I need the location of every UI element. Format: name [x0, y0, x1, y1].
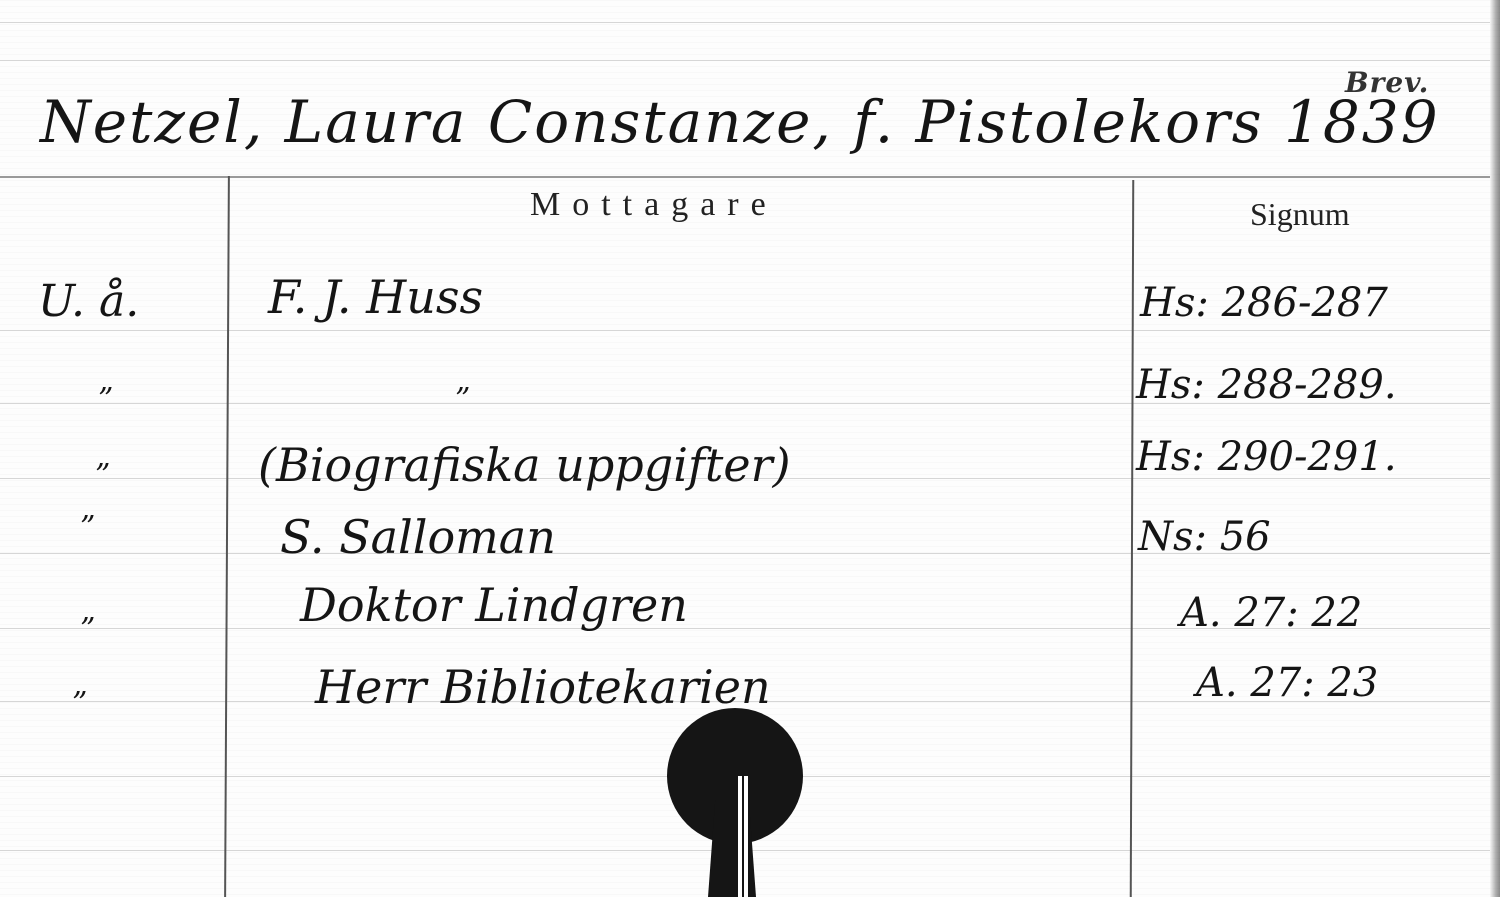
card-edge-shadow	[1490, 0, 1500, 897]
row-recipient-ditto: ”	[455, 382, 470, 417]
punch-slot	[708, 800, 756, 897]
row-signum: A. 27: 23	[1196, 660, 1378, 706]
row-recipient: F. J. Huss	[268, 270, 483, 324]
row-recipient: (Biografiska uppgifter)	[258, 438, 791, 492]
card-title: Netzel, Laura Constanze, f. Pistolekors …	[40, 88, 1440, 156]
row-type-ditto: ”	[72, 686, 87, 721]
row-signum: Hs: 286-287	[1140, 280, 1388, 326]
row-signum: Hs: 288-289.	[1136, 362, 1397, 408]
row-type-ditto: ”	[95, 458, 110, 493]
catalog-card: Brev. Mottagare Signum Netzel, Laura Con…	[0, 0, 1500, 897]
row-recipient: S. Salloman	[280, 510, 556, 564]
column-divider-right	[1130, 180, 1135, 897]
rule-line	[0, 22, 1490, 23]
rule-line	[0, 330, 1490, 331]
header-rule	[0, 176, 1490, 178]
row-signum: A. 27: 22	[1180, 590, 1362, 636]
row-signum: Ns: 56	[1138, 514, 1271, 560]
recipient-column-header: Mottagare	[530, 186, 778, 224]
row-type-ditto: ”	[98, 382, 113, 417]
row-recipient: Herr Bibliotekarien	[315, 660, 771, 714]
column-divider-left	[224, 176, 230, 897]
row-signum: Hs: 290-291.	[1136, 434, 1397, 480]
rule-line	[0, 60, 1490, 61]
row-recipient: Doktor Lindgren	[300, 578, 688, 632]
row-type: U. å.	[38, 276, 139, 327]
row-type-ditto: ”	[80, 510, 95, 545]
signum-column-header: Signum	[1250, 196, 1350, 233]
row-type-ditto: ”	[80, 612, 95, 647]
punch-rod-shadow	[742, 776, 744, 897]
